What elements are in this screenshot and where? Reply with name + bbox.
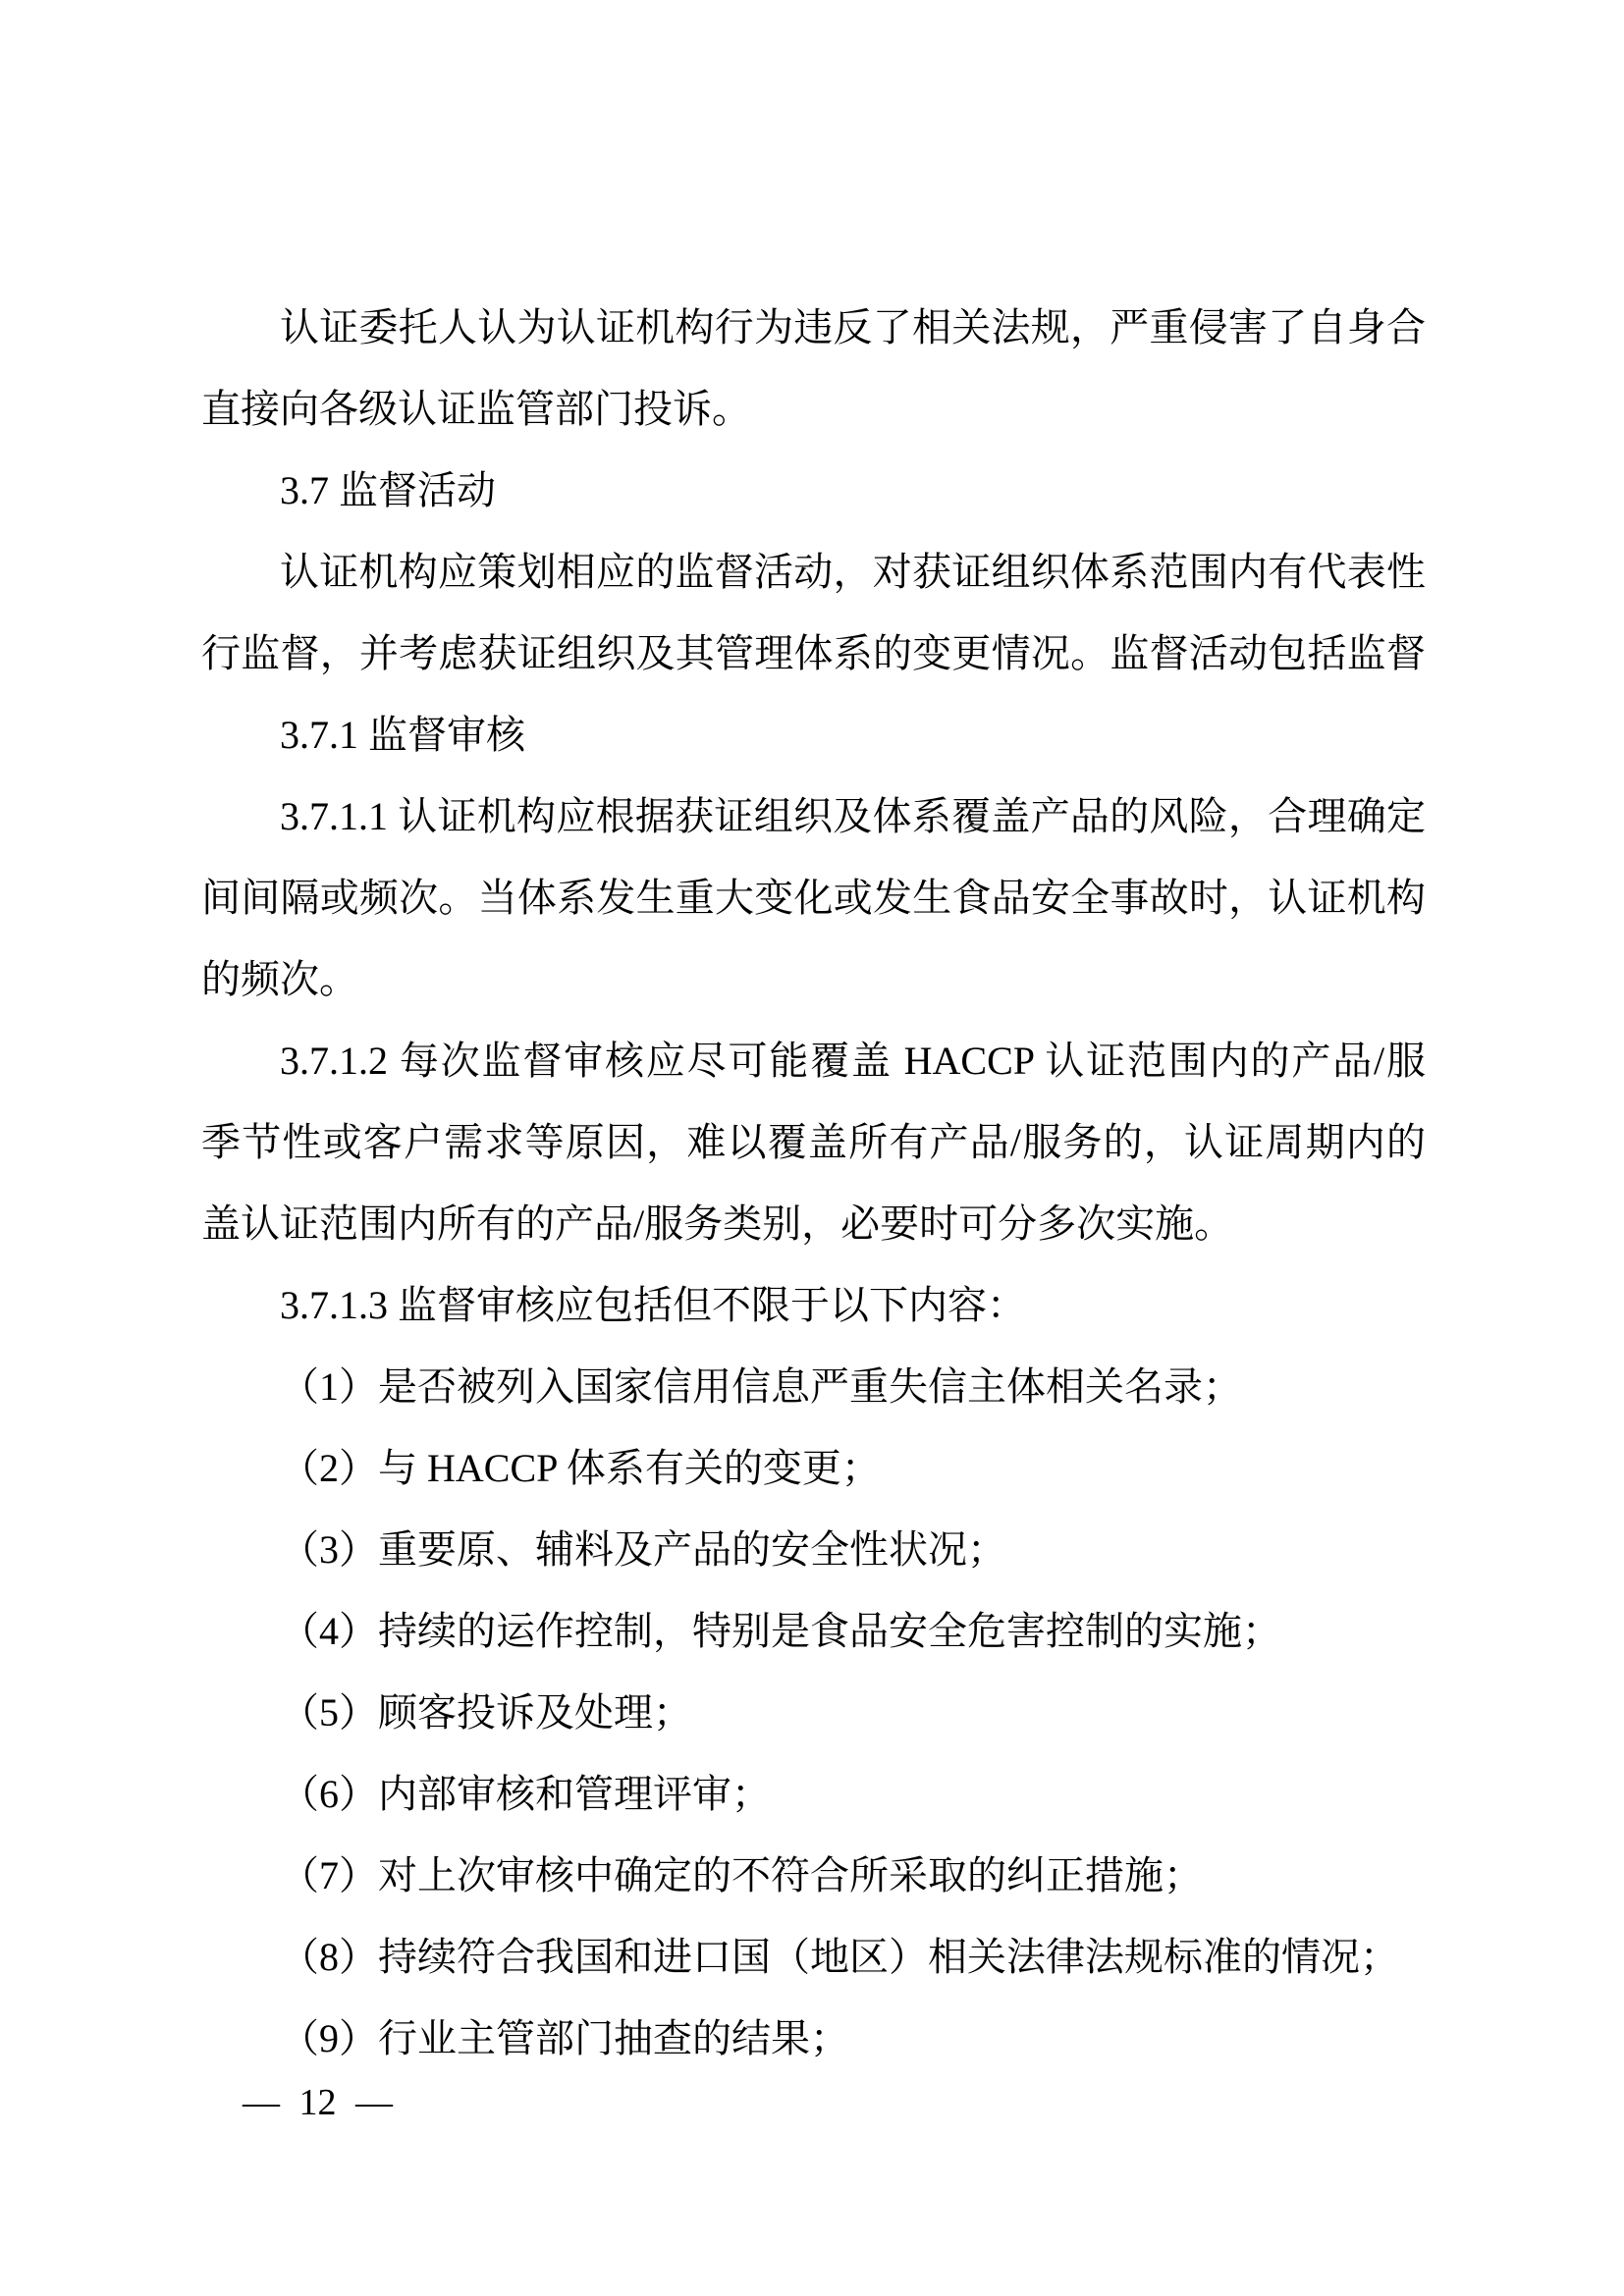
text-line: 认证机构应策划相应的监督活动，对获证组织体系范围内有代表性的区域和职能进 [201,531,1426,613]
page-number: — 12 — [243,2073,393,2132]
text-line: （5）顾客投诉及处理； [201,1672,1426,1753]
text-line: （6）内部审核和管理评审； [201,1753,1426,1835]
text-line: （3）重要原、辅料及产品的安全性状况； [201,1509,1426,1590]
text-line: 直接向各级认证监管部门投诉。 [201,368,1426,450]
text-line: 盖认证范围内所有的产品/服务类别，必要时可分多次实施。 [201,1183,1426,1264]
text-line: 间间隔或频次。当体系发生重大变化或发生食品安全事故时，认证机构应增加监督审核 [201,857,1426,938]
text-line: 认证委托人认为认证机构行为违反了相关法规，严重侵害了自身合法权益的，可以 [201,287,1426,368]
text-line: （4）持续的运作控制，特别是食品安全危害控制的实施； [201,1590,1426,1672]
text-line: （8）持续符合我国和进口国（地区）相关法律法规标准的情况； [201,1916,1426,1998]
text-line: 行监督，并考虑获证组织及其管理体系的变更情况。监督活动包括监督审核和跟踪调查。 [201,613,1426,694]
text-line: 3.7 监督活动 [201,450,1426,531]
text-line: 的频次。 [201,938,1426,1020]
text-line: 3.7.1 监督审核 [201,694,1426,775]
text-line: 3.7.1.3 监督审核应包括但不限于以下内容： [201,1264,1426,1346]
text-line: （9）行业主管部门抽查的结果； [201,1998,1426,2079]
text-line: （2）与 HACCP 体系有关的变更； [201,1427,1426,1509]
document-body: 认证委托人认为认证机构行为违反了相关法规，严重侵害了自身合法权益的，可以直接向各… [201,287,1426,2079]
text-line: 3.7.1.2 每次监督审核应尽可能覆盖 HACCP 认证范围内的产品/服务。由… [201,1020,1426,1101]
text-line: 3.7.1.1 认证机构应根据获证组织及体系覆盖产品的风险，合理确定监督审核的时 [201,775,1426,857]
text-line: 季节性或客户需求等原因，难以覆盖所有产品/服务的，认证周期内的监督审核至少应覆 [201,1101,1426,1183]
document-page: 认证委托人认为认证机构行为违反了相关法规，严重侵害了自身合法权益的，可以直接向各… [0,0,1624,2296]
text-line: （1）是否被列入国家信用信息严重失信主体相关名录； [201,1346,1426,1427]
text-line: （7）对上次审核中确定的不符合所采取的纠正措施； [201,1835,1426,1916]
